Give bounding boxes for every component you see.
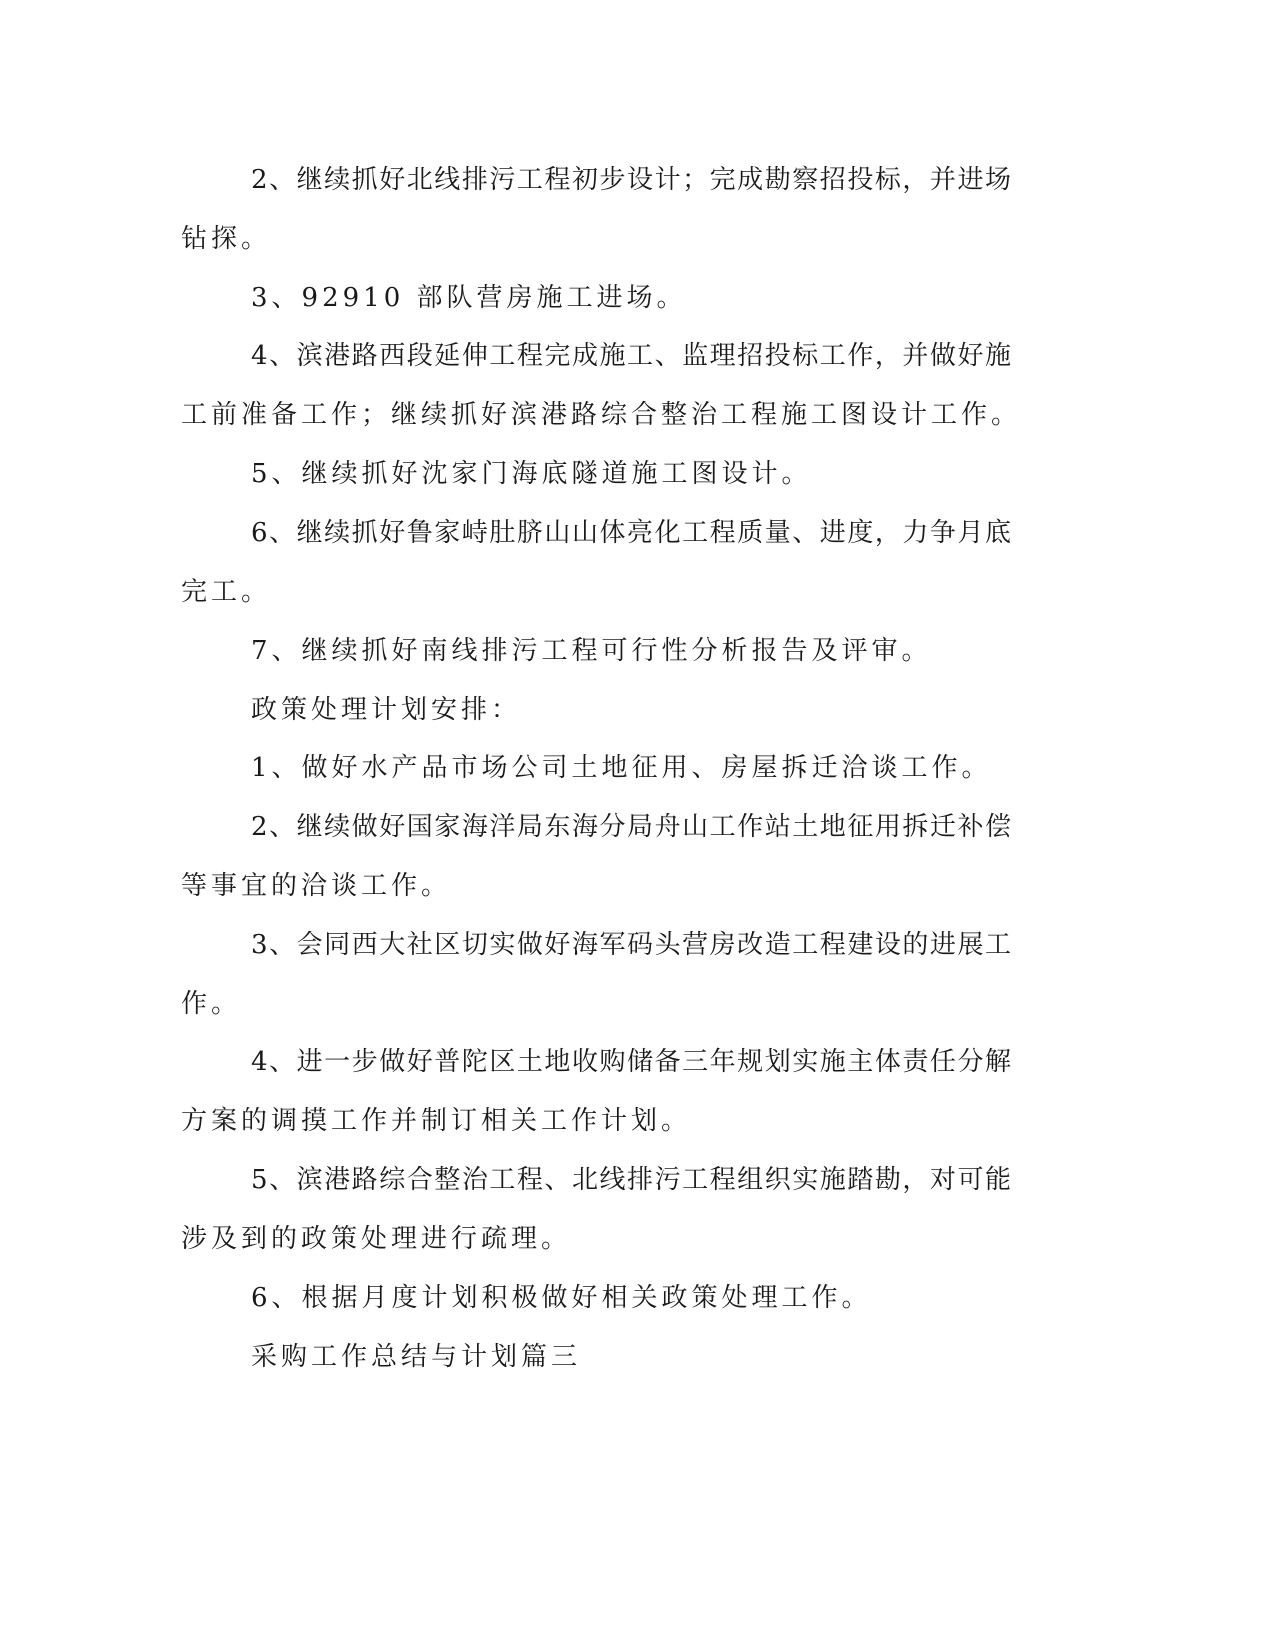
text-line: 作。 <box>181 987 1011 1021</box>
section-heading: 采购工作总结与计划篇三 <box>251 1340 1011 1374</box>
text-line: 6、根据月度计划积极做好相关政策处理工作。 <box>251 1281 1011 1315</box>
text-line: 方案的调摸工作并制订相关工作计划。 <box>181 1104 1011 1138</box>
document-page: 2、继续抓好北线排污工程初步设计；完成勘察招投标，并进场 钻探。 3、92910… <box>0 0 1275 1650</box>
text-line: 完工。 <box>181 575 1011 609</box>
text-line: 3、92910 部队营房施工进场。 <box>251 281 1011 315</box>
text-line: 6、继续抓好鲁家峙肚脐山山体亮化工程质量、进度，力争月底 <box>251 516 1011 550</box>
text-line: 工前准备工作；继续抓好滨港路综合整治工程施工图设计工作。 <box>181 398 1011 432</box>
section-heading: 政策处理计划安排： <box>251 693 1011 727</box>
text-line: 5、继续抓好沈家门海底隧道施工图设计。 <box>251 457 1011 491</box>
text-line: 钻探。 <box>181 222 1011 256</box>
text-line: 1、做好水产品市场公司土地征用、房屋拆迁洽谈工作。 <box>251 751 1011 785</box>
text-line: 7、继续抓好南线排污工程可行性分析报告及评审。 <box>251 634 1011 668</box>
text-line: 4、滨港路西段延伸工程完成施工、监理招投标工作，并做好施 <box>251 339 1011 373</box>
text-line: 5、滨港路综合整治工程、北线排污工程组织实施踏勘，对可能 <box>251 1163 1011 1197</box>
text-line: 2、继续做好国家海洋局东海分局舟山工作站土地征用拆迁补偿 <box>251 810 1011 844</box>
text-line: 3、会同西大社区切实做好海军码头营房改造工程建设的进展工 <box>251 928 1011 962</box>
text-line: 涉及到的政策处理进行疏理。 <box>181 1222 1011 1256</box>
text-line: 2、继续抓好北线排污工程初步设计；完成勘察招投标，并进场 <box>251 163 1011 197</box>
text-line: 4、进一步做好普陀区土地收购储备三年规划实施主体责任分解 <box>251 1045 1011 1079</box>
text-line: 等事宜的洽谈工作。 <box>181 869 1011 903</box>
